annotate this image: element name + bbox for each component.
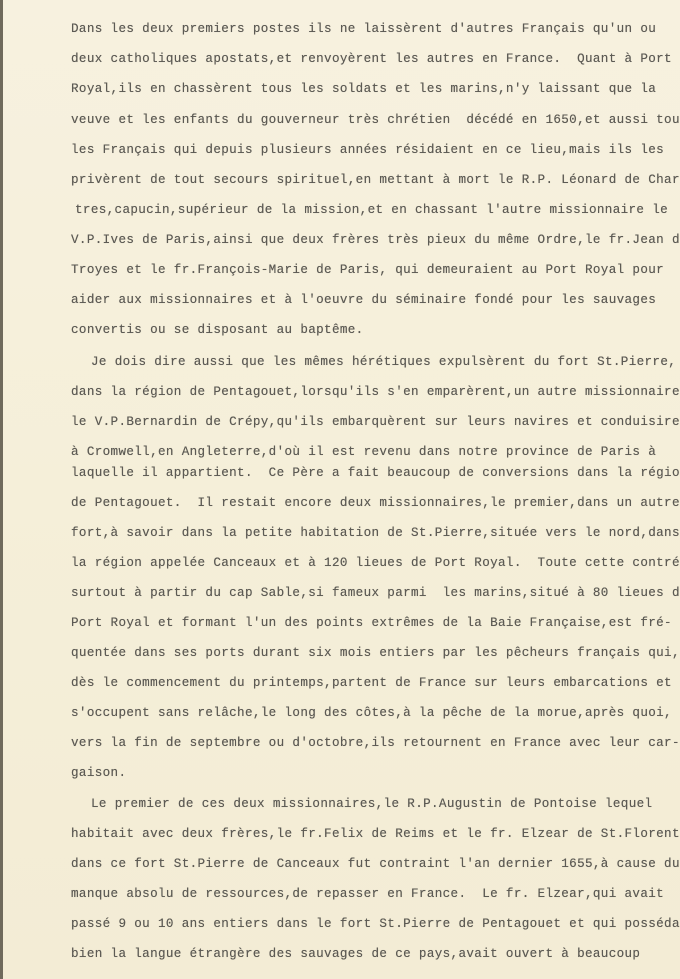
text-line: dans la région de Pentagouet,lorsqu'ils … [71, 385, 680, 399]
text-line: la région appelée Canceaux et à 120 lieu… [71, 556, 680, 570]
text-line: surtout à partir du cap Sable,si fameux … [71, 586, 680, 600]
text-line: s'occupent sans relâche,le long des côte… [71, 706, 672, 720]
text-line: Dans les deux premiers postes ils ne lai… [71, 22, 656, 36]
text-line: deux catholiques apostats,et renvoyèrent… [71, 52, 672, 66]
text-line: dans ce fort St.Pierre de Canceaux fut c… [71, 857, 680, 871]
text-line: privèrent de tout secours spirituel,en m… [71, 173, 680, 187]
text-line: veuve et les enfants du gouverneur très … [71, 113, 680, 127]
text-line: tres,capucin,supérieur de la mission,et … [75, 203, 668, 217]
text-line: Port Royal et formant l'un des points ex… [71, 616, 672, 630]
text-line: convertis ou se disposant au baptême. [71, 323, 364, 337]
text-line: passé 9 ou 10 ans entiers dans le fort S… [71, 917, 680, 931]
text-line: dès le commencement du printemps,partent… [71, 676, 672, 690]
text-line: habitait avec deux frères,le fr.Felix de… [71, 827, 680, 841]
text-line: le V.P.Bernardin de Crépy,qu'ils embarqu… [71, 415, 680, 429]
text-line: Royal,ils en chassèrent tous les soldats… [71, 82, 656, 96]
paragraph-start-line: Je dois dire aussi que les mêmes hérétiq… [91, 355, 676, 369]
paragraph-start-line: Le premier de ces deux missionnaires,le … [91, 797, 652, 811]
typewritten-page: Dans les deux premiers postes ils ne lai… [0, 0, 680, 979]
text-line: V.P.Ives de Paris,ainsi que deux frères … [71, 233, 680, 247]
text-line: les Français qui depuis plusieurs années… [71, 143, 664, 157]
text-line: vers la fin de septembre ou d'octobre,il… [71, 736, 680, 750]
text-line: fort,à savoir dans la petite habitation … [71, 526, 680, 540]
text-line: laquelle il appartient. Ce Père a fait b… [71, 466, 680, 480]
text-line: manque absolu de ressources,de repasser … [71, 887, 664, 901]
text-line: Troyes et le fr.François-Marie de Paris,… [71, 263, 664, 277]
text-line: bien la langue étrangère des sauvages de… [71, 947, 640, 961]
text-line: de Pentagouet. Il restait encore deux mi… [71, 496, 680, 510]
text-line: quentée dans ses ports durant six mois e… [71, 646, 680, 660]
text-line: à Cromwell,en Angleterre,d'où il est rev… [71, 445, 656, 459]
text-line: aider aux missionnaires et à l'oeuvre du… [71, 293, 656, 307]
text-line: gaison. [71, 766, 126, 780]
